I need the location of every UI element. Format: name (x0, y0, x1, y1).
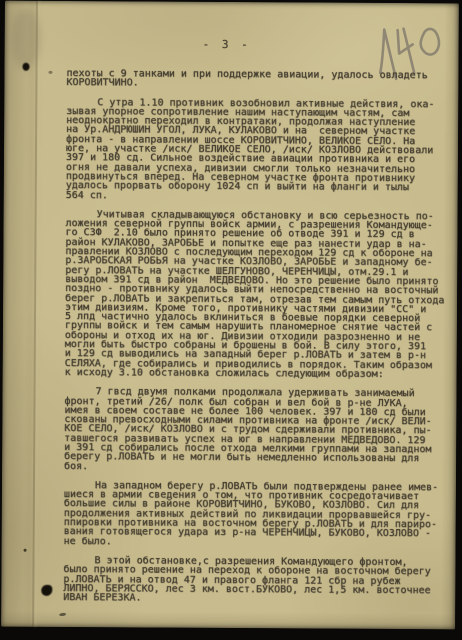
fold-crease (32, 1, 38, 627)
text-line: удалось прорвать оборону 1024 сп и выйти… (66, 181, 452, 193)
ink-spot (48, 71, 52, 74)
page-number: - 3 - (203, 38, 251, 51)
paragraph: В этой обстановке,с разрешения Командующ… (63, 556, 449, 605)
ink-spot (41, 585, 52, 596)
ink-spot (59, 613, 66, 617)
text-line: вания готовящегося удара из р-на ЧЕРЕНЧИ… (64, 527, 450, 539)
paragraph: На западном берегу р.ЛОВАТЬ были подтвер… (64, 481, 450, 548)
paragraph: пехоты с 9 танками и при поддержке авиац… (66, 69, 452, 90)
paper-sheet: - 3 - пехоты с 9 танками и при поддержке… (1, 1, 459, 630)
ink-spot (22, 63, 29, 71)
paragraph: Учитывая складывающуюся обстановку и всю… (65, 210, 452, 380)
paragraph: С утра 1.10 противник возобновил активны… (66, 98, 453, 203)
paragraph: 7 гвсд двумя полками продолжала удержива… (64, 387, 451, 473)
ink-spot (24, 549, 27, 552)
typewritten-text: пехоты с 9 танками и при поддержке авиац… (63, 69, 452, 615)
scanned-document-page: - 3 - пехоты с 9 танками и при поддержке… (0, 0, 462, 640)
text-line: берегу р.ЛОВАТЬ и не могли быть немедлен… (64, 452, 450, 464)
